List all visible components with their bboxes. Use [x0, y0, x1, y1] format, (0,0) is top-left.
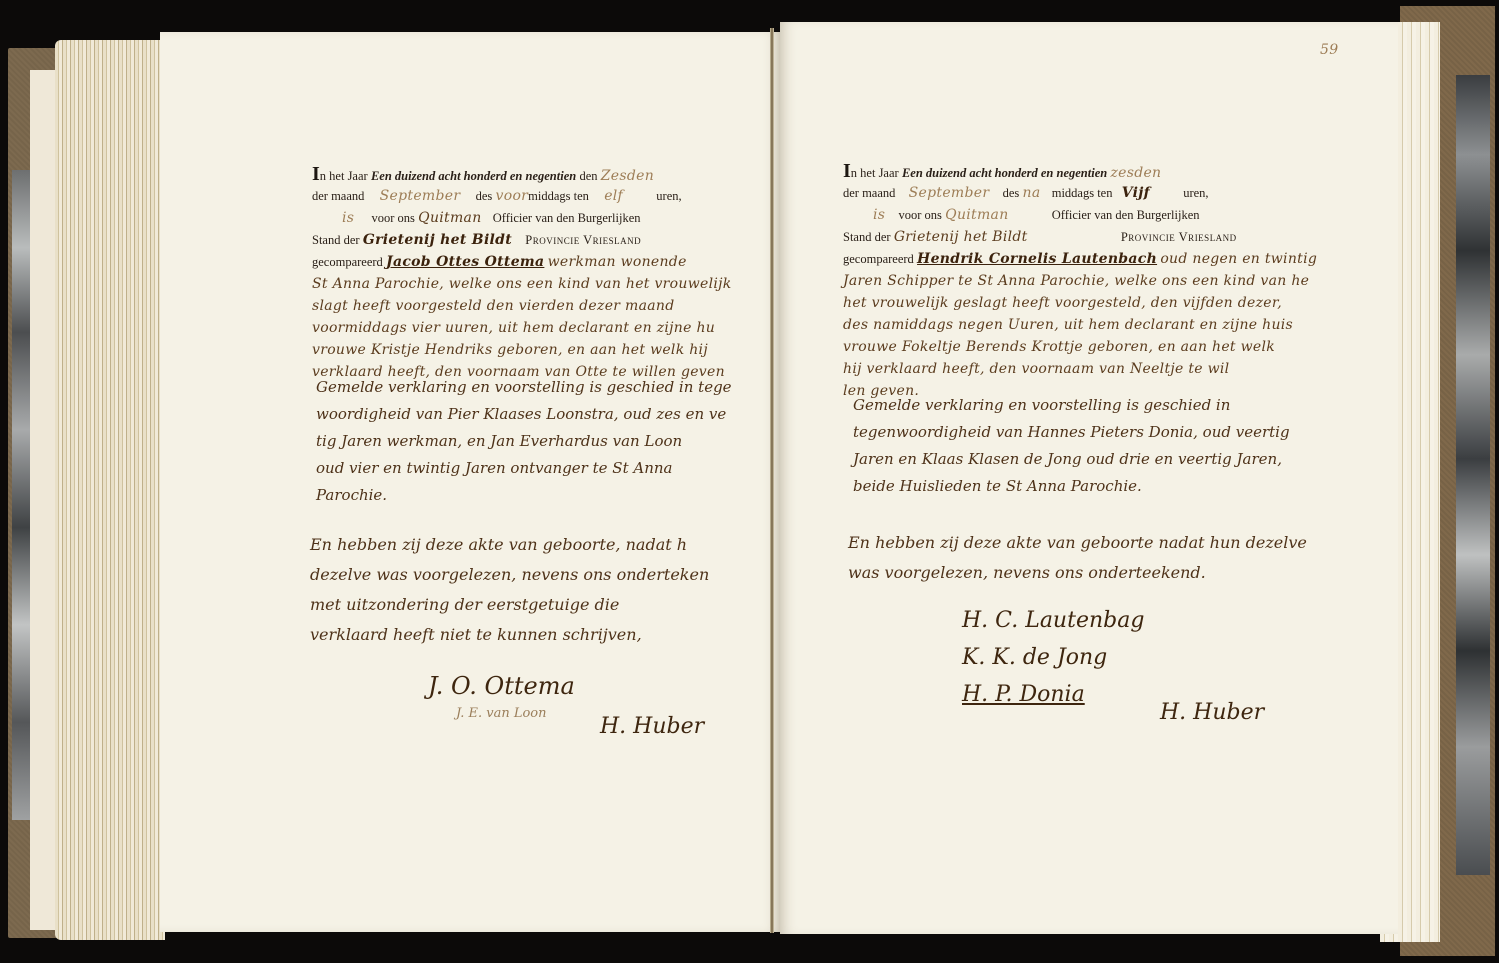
hand-line: St Anna Parochie, welke ons een kind van…: [312, 273, 782, 295]
hand-line: voormiddags vier uuren, uit hem declaran…: [312, 317, 782, 339]
decorated-initial: I: [312, 163, 320, 185]
header-line-5: gecompareerd Hendrik Cornelis Lautenbach…: [843, 248, 1413, 270]
hand-ampm: voor: [496, 188, 529, 204]
printed-year: Een duizend acht honderd en negentien: [902, 166, 1107, 180]
signature-officer: H. Huber: [600, 714, 704, 739]
hand-line: vrouwe Kristje Hendriks geboren, en aan …: [312, 339, 782, 361]
header-line-2: der maand September des voormiddags ten …: [312, 185, 782, 207]
left-witness-paragraph: Gemelde verklaring en voorstelling is ge…: [316, 374, 786, 509]
hand-day: Zesden: [601, 168, 654, 184]
hand-line: slagt heeft voorgesteld den vierden deze…: [312, 295, 782, 317]
province-label: Provincie Vriesland: [525, 233, 641, 247]
printed-year: Een duizend acht honderd en negentien: [371, 169, 576, 183]
hand-ampm: na: [1023, 185, 1041, 201]
right-closing-paragraph: En hebben zij deze akte van geboorte nad…: [848, 528, 1408, 588]
hand-month: September: [909, 185, 990, 201]
hand-hour: elf: [604, 188, 623, 204]
hand-municipality: Grietenij het Bildt: [363, 232, 512, 248]
header-line-3: is voor ons Quitman Officier van den Bur…: [843, 204, 1413, 226]
page-edges-left: [55, 40, 165, 940]
right-birth-record: In het Jaar Een duizend acht honderd en …: [843, 160, 1413, 402]
hand-line: hij verklaard heeft, den voornaam van Ne…: [843, 358, 1413, 380]
decorated-initial: I: [843, 160, 851, 182]
marbled-board-right: [1456, 75, 1490, 875]
hand-line: des namiddags negen Uuren, uit hem decla…: [843, 314, 1413, 336]
left-closing-paragraph: En hebben zij deze akte van geboorte, na…: [310, 530, 780, 650]
hand-line: vrouwe Fokeltje Berends Krottje geboren,…: [843, 336, 1413, 358]
hand-month: September: [380, 188, 461, 204]
hand-hour: Vijf: [1122, 185, 1150, 201]
header-line-4: Stand der Grietenij het Bildt Provincie …: [312, 229, 782, 251]
province-label: Provincie Vriesland: [1121, 230, 1237, 244]
declarant-name: Hendrik Cornelis Lautenbach: [917, 251, 1157, 267]
hand-officer-name: Quitman: [945, 207, 1008, 223]
hand-day: zesden: [1110, 165, 1161, 181]
signature-father: H. C. Lautenbag: [962, 608, 1144, 633]
signature-witness-1: K. K. de Jong: [962, 645, 1107, 670]
left-birth-record: In het Jaar Een duizend acht honderd en …: [312, 163, 782, 383]
header-line-1: In het Jaar Een duizend acht honderd en …: [843, 160, 1413, 182]
page-number: 59: [1320, 42, 1338, 58]
signature-witness: J. E. van Loon: [456, 706, 546, 721]
hand-municipality: Grietenij het Bildt: [894, 229, 1028, 245]
right-witness-paragraph: Gemelde verklaring en voorstelling is ge…: [853, 392, 1413, 500]
signature-officer: H. Huber: [1160, 700, 1264, 725]
header-line-2: der maand September des na middags ten V…: [843, 182, 1413, 204]
signature-witness-2: H. P. Donia: [962, 682, 1085, 707]
signature-father: J. O. Ottema: [428, 672, 575, 700]
hand-line: het vrouwelijk geslagt heeft voorgesteld…: [843, 292, 1413, 314]
declarant-name: Jacob Ottes Ottema: [386, 254, 544, 270]
header-line-4: Stand der Grietenij het Bildt Provincie …: [843, 226, 1413, 248]
hand-officer-name: Quitman: [418, 210, 481, 226]
header-line-5: gecompareerd Jacob Ottes Ottema werkman …: [312, 251, 782, 273]
header-line-3: is voor ons Quitman Officier van den Bur…: [312, 207, 782, 229]
hand-line: Jaren Schipper te St Anna Parochie, welk…: [843, 270, 1413, 292]
header-line-1: In het Jaar Een duizend acht honderd en …: [312, 163, 782, 185]
